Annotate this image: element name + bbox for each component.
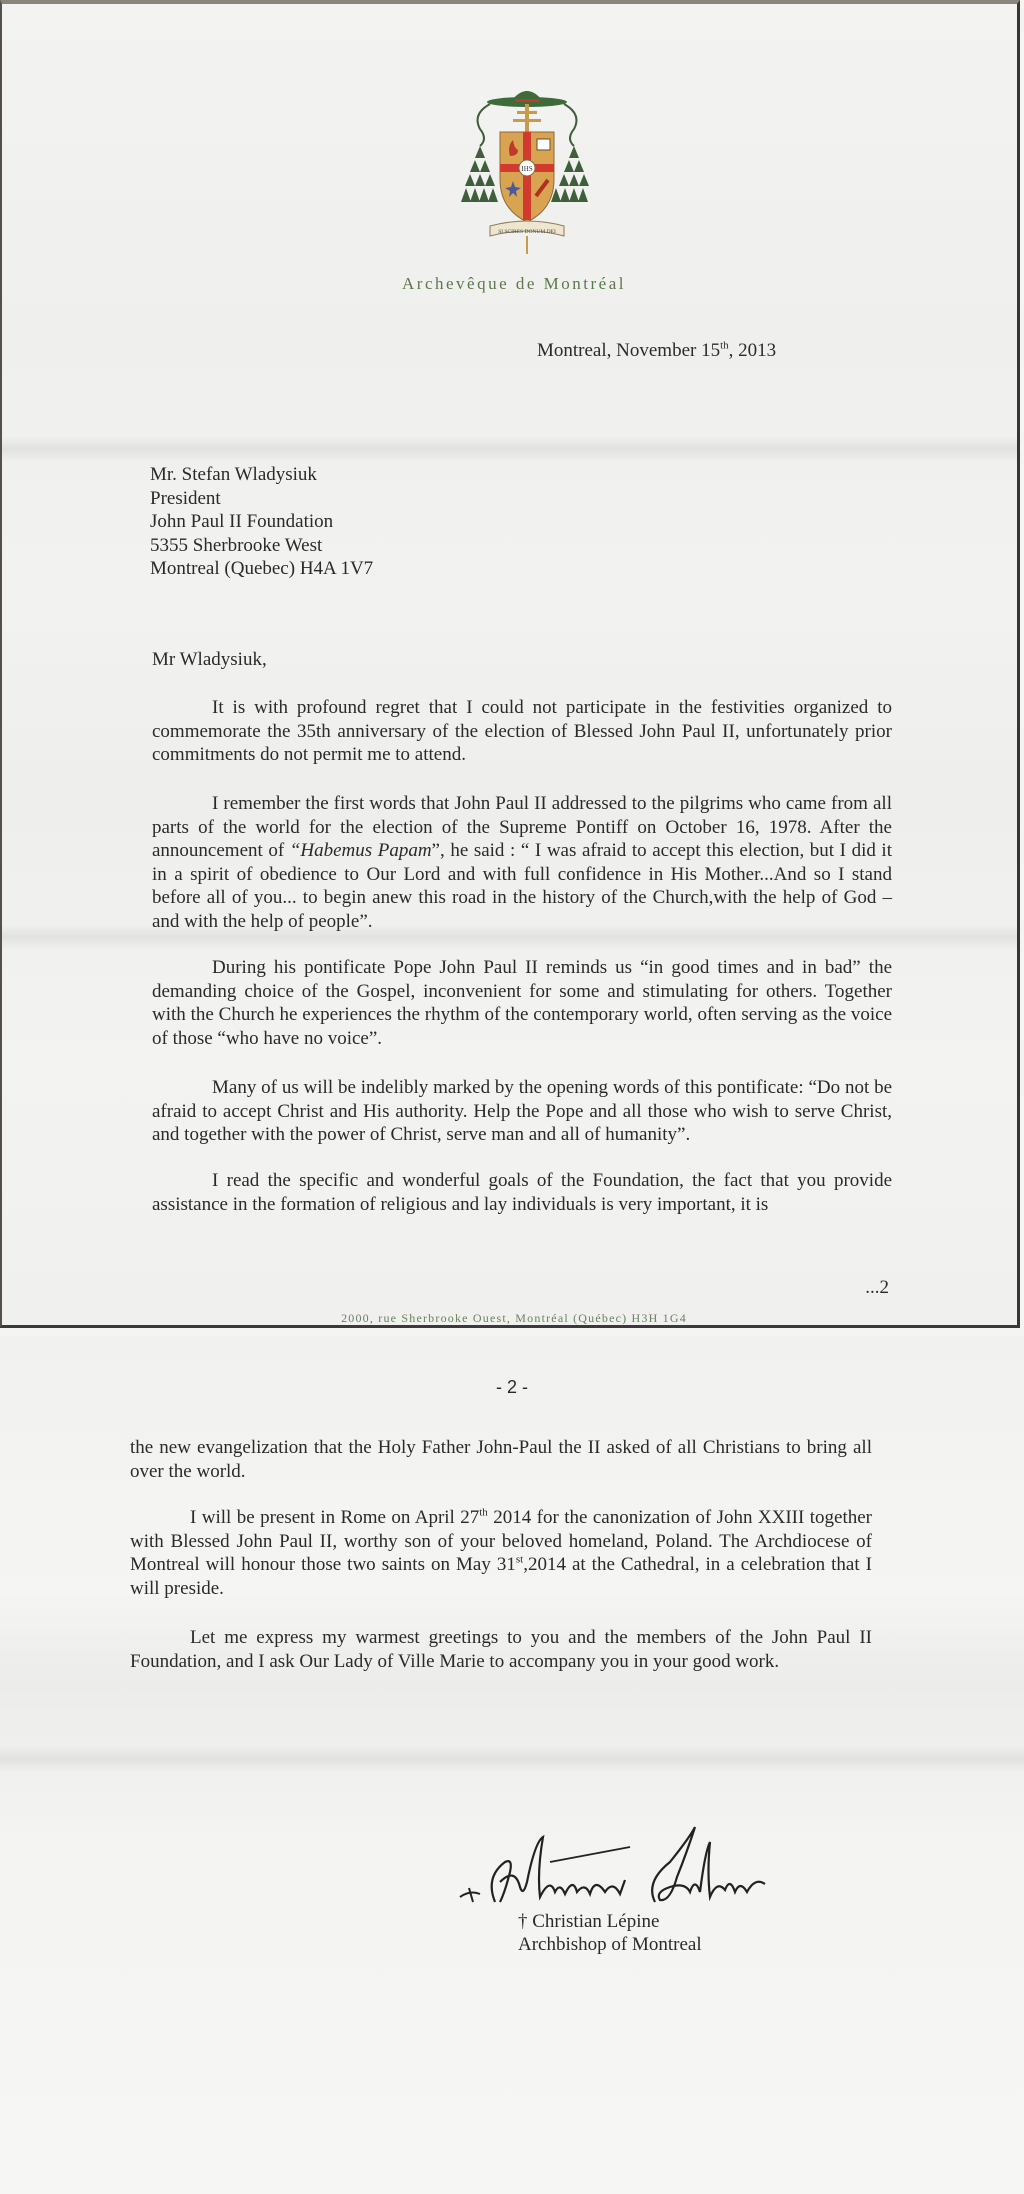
recipient-city: Montreal (Quebec) H4A 1V7 — [150, 557, 373, 581]
paragraph: I will be present in Rome on April 27th … — [130, 1506, 872, 1600]
paragraph: Let me express my warmest greetings to y… — [130, 1626, 872, 1673]
signatory: † Christian Lépine Archbishop of Montrea… — [518, 1910, 702, 1956]
recipient-street: 5355 Sherbrooke West — [150, 534, 373, 558]
signatory-name: † Christian Lépine — [518, 1910, 702, 1933]
recipient-address: Mr. Stefan Wladysiuk President John Paul… — [150, 463, 373, 581]
letterhead-title: Archevêque de Montréal — [2, 274, 1024, 294]
paragraph: I read the specific and wonderful goals … — [152, 1169, 892, 1216]
paragraph: Many of us will be indelibly marked by t… — [152, 1076, 892, 1147]
page-number: - 2 - — [0, 1377, 1024, 1398]
salutation: Mr Wladysiuk, — [152, 649, 267, 671]
svg-text:SI SCIRES DONUM DEI: SI SCIRES DONUM DEI — [498, 229, 556, 235]
paragraph: During his pontificate Pope John Paul II… — [152, 956, 892, 1050]
paper-fold — [2, 436, 1017, 462]
signatory-title: Archbishop of Montreal — [518, 1933, 702, 1956]
recipient-name: Mr. Stefan Wladysiuk — [150, 463, 373, 487]
paragraph: I remember the first words that John Pau… — [152, 792, 892, 934]
letter-date: Montreal, November 15th, 2013 — [537, 340, 776, 362]
paper-fold — [0, 1746, 1024, 1772]
paragraph: the new evangelization that the Holy Fat… — [130, 1436, 872, 1483]
recipient-organization: John Paul II Foundation — [150, 510, 373, 534]
letter-page-1: IHS SI SCIRES DONUM DEI Archevêque de Mo… — [0, 0, 1020, 1328]
handwritten-signature-icon — [455, 1822, 785, 1922]
recipient-title: President — [150, 487, 373, 511]
letterhead-footer-address: 2000, rue Sherbrooke Ouest, Montréal (Qu… — [2, 1311, 1024, 1326]
coat-of-arms-icon: IHS SI SCIRES DONUM DEI — [460, 84, 594, 259]
continued-marker: ...2 — [865, 1277, 889, 1299]
paragraph: It is with profound regret that I could … — [152, 696, 892, 767]
svg-text:IHS: IHS — [521, 165, 532, 173]
